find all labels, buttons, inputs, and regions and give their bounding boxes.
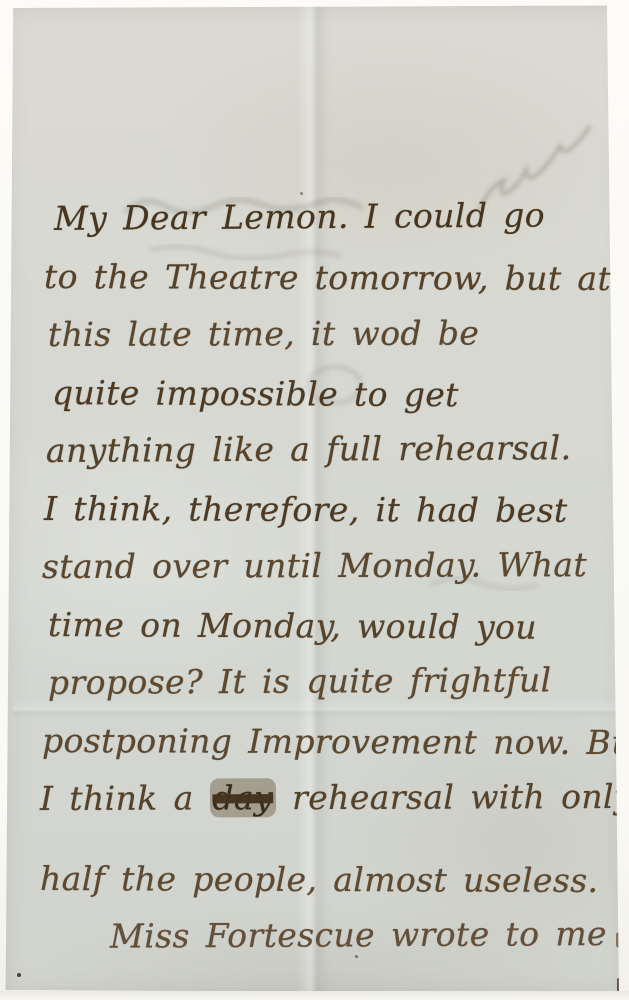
letter-line: half the people, almost useless. bbox=[40, 850, 619, 910]
letter-line: propose? It is quite frightful bbox=[40, 651, 619, 712]
letter-line-text: I think a bbox=[40, 778, 210, 818]
letter-line: to the Theatre tomorrow, but at bbox=[40, 248, 619, 308]
letter-line: stand over until Monday. What bbox=[40, 536, 619, 596]
letter-line: time on Monday, would you bbox=[40, 596, 619, 657]
letter-line: My Dear Lemon. I could go bbox=[40, 186, 619, 248]
edge-dark-corner-mark bbox=[620, 991, 626, 998]
letter-line: I think a day rehearsal with only bbox=[40, 768, 619, 828]
letter-line: I think, therefore, it had best bbox=[40, 480, 619, 540]
struck-out-word: day bbox=[209, 778, 276, 817]
manuscript-scan: My Dear Lemon. I could go to the Theatre… bbox=[0, 0, 629, 1000]
letter-line: Miss Fortescue wrote to me bbox=[40, 905, 619, 966]
letter-line: quite impossible to get bbox=[40, 364, 619, 425]
letter-line: this late time, it wod be bbox=[40, 304, 619, 364]
letter-line: postponing Improvement now. But bbox=[40, 712, 619, 772]
letter-body: My Dear Lemon. I could go to the Theatre… bbox=[40, 190, 619, 966]
letter-line: anything like a full rehearsal. bbox=[40, 419, 619, 480]
letter-line-text: rehearsal with only bbox=[276, 777, 629, 817]
ink-speck bbox=[17, 973, 21, 977]
edge-ink-smudge bbox=[617, 978, 624, 992]
letter-paper: My Dear Lemon. I could go to the Theatre… bbox=[0, 0, 629, 1000]
